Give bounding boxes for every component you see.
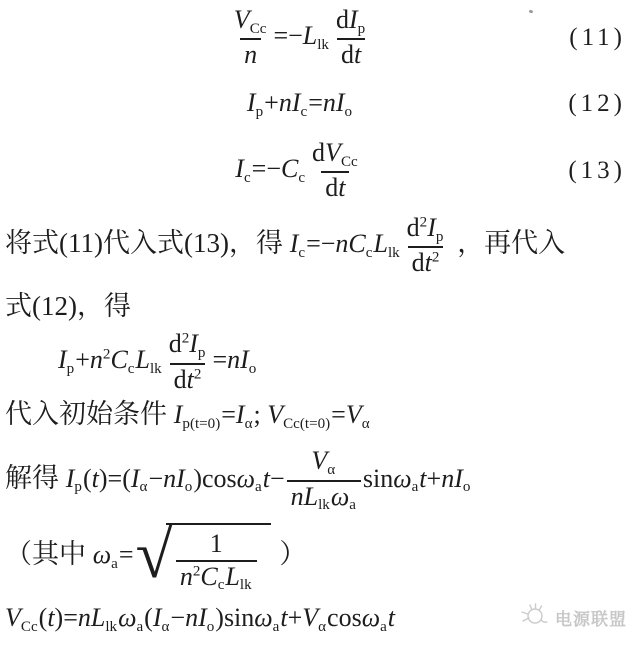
derivation-line-2: 式(12)，得 <box>0 290 640 322</box>
math-variable: L <box>91 603 105 632</box>
equation-content: 代入初始条件 Ip(t=0)=Iα; VCc(t=0)=Vα <box>5 400 371 429</box>
math-subscript: α <box>362 416 370 432</box>
fraction-denominator: n <box>240 38 261 70</box>
math-variable: n <box>180 562 193 591</box>
math-subscript: α <box>140 479 148 495</box>
math-variable: I <box>198 603 207 632</box>
math-subscript: o <box>463 479 471 495</box>
math-roman: ( <box>83 464 92 493</box>
fraction-numerator: dIp <box>332 6 370 38</box>
math-variable: ω <box>331 482 349 511</box>
rooster-logo-icon <box>519 601 549 634</box>
math-roman: ( <box>144 603 153 632</box>
math-variable: t <box>354 40 361 69</box>
square-root: √1n2CcLlk <box>135 520 270 594</box>
math-subscript: c <box>298 170 305 186</box>
math-roman: − <box>148 464 163 493</box>
math-variable: n <box>291 482 304 511</box>
math-roman: d <box>412 248 425 277</box>
math-subscript: p <box>74 479 82 495</box>
math-subscript: lk <box>150 361 162 377</box>
math-variable: t <box>280 603 287 632</box>
math-variable: I <box>176 464 185 493</box>
math-variable: I <box>454 464 463 493</box>
math-subscript: lk <box>317 37 329 53</box>
math-variable: V <box>234 5 250 34</box>
math-roman: d <box>341 40 354 69</box>
math-variable: I <box>240 345 249 374</box>
math-subscript: a <box>136 619 143 635</box>
math-roman: cos <box>327 603 362 632</box>
math-variable: ω <box>362 603 380 632</box>
math-variable: I <box>336 88 345 117</box>
math-roman: ; <box>254 400 268 429</box>
math-variable: V <box>311 446 327 475</box>
math-subscript: a <box>349 497 356 513</box>
math-subscript: p <box>256 104 264 120</box>
math-variable: t <box>338 173 345 202</box>
math-subscript: o <box>249 361 257 377</box>
math-variable: t <box>419 464 426 493</box>
eq-combined: Ip+n2CcLlkd2Ipdt2=nIo <box>0 330 640 394</box>
math-variable: t <box>92 464 99 493</box>
equation-content: Ic=−CcdVCcdt <box>235 154 364 183</box>
math-subscript: lk <box>318 497 330 513</box>
fraction-denominator: dt <box>337 38 365 70</box>
math-roman: = <box>221 400 236 429</box>
math-roman: = <box>308 88 323 117</box>
math-subscript: o <box>345 104 353 120</box>
fraction-numerator: dVCc <box>308 139 363 171</box>
equation-content: 式(12)，得 <box>5 292 131 321</box>
fraction: d2Ipdt2 <box>165 330 211 394</box>
math-variable: I <box>131 464 140 493</box>
eq-12: Ip+nIc=nIo(12) <box>0 87 640 121</box>
math-superscript: 2 <box>194 366 202 382</box>
fraction-denominator: dt <box>321 171 349 203</box>
math-variable: n <box>323 88 336 117</box>
math-variable: n <box>78 603 91 632</box>
text-run: ） <box>273 539 307 569</box>
math-roman: )cos <box>193 464 236 493</box>
math-subscript: a <box>412 479 419 495</box>
text-run: （其中 <box>5 539 93 569</box>
math-roman: )=( <box>99 464 131 493</box>
math-roman: )= <box>55 603 78 632</box>
math-variable: L <box>135 345 149 374</box>
fraction: dIpdt <box>332 6 370 70</box>
math-subscript: c <box>366 245 373 261</box>
math-subscript: p <box>436 229 444 245</box>
math-subscript: p <box>358 21 366 37</box>
math-variable: V <box>325 138 341 167</box>
math-variable: ω <box>93 540 111 569</box>
math-variable: C <box>200 562 217 591</box>
fraction-numerator: d2Ip <box>403 214 449 246</box>
math-roman: d <box>174 365 187 394</box>
math-roman: =− <box>273 21 302 50</box>
math-variable: n <box>227 345 240 374</box>
eq-13: Ic=−CcdVCcdt(13) <box>0 139 640 203</box>
math-subscript: o <box>185 479 193 495</box>
math-variable: C <box>348 229 365 258</box>
math-variable: n <box>163 464 176 493</box>
equation-content: VCcn=−LlkdIpdt <box>228 21 372 50</box>
equation-content: VCc(t)=nLlkωa(Iα−nIo)sinωat+Vαcosωat <box>5 603 395 632</box>
equation-content: （其中 ωa=√1n2CcLlk ） <box>5 540 306 569</box>
math-roman: + <box>264 88 279 117</box>
math-variable: n <box>185 603 198 632</box>
radicand: 1n2CcLlk <box>166 523 271 594</box>
math-variable: L <box>225 562 239 591</box>
math-subscript: a <box>273 619 280 635</box>
math-variable: L <box>303 21 317 50</box>
math-subscript: Cc <box>250 21 267 37</box>
text-run: 式(12)，得 <box>5 291 131 321</box>
eq-11: VCcn=−LlkdIpdt(11) <box>0 6 640 70</box>
math-subscript: α <box>327 462 335 478</box>
math-subscript: α <box>318 619 326 635</box>
equation-number: (12) <box>568 90 626 118</box>
text-run: ，再代入 <box>450 228 565 258</box>
math-subscript: p(t=0) <box>182 416 220 432</box>
equation-content: 解得 Ip(t)=(Iα−nIo)cosωat−VαnLlkωasinωat+n… <box>5 464 471 493</box>
math-variable: ω <box>118 603 136 632</box>
math-variable: I <box>349 5 358 34</box>
math-variable: n <box>244 40 257 69</box>
math-roman: d <box>312 138 325 167</box>
equation-number: (11) <box>569 24 626 52</box>
math-variable: t <box>425 248 432 277</box>
text-run: 代入初始条件 <box>5 399 174 429</box>
math-roman: d <box>169 329 182 358</box>
math-variable: V <box>267 400 283 429</box>
math-subscript: c <box>300 104 307 120</box>
equation-content: Ip+n2CcLlkd2Ipdt2=nIo <box>58 345 257 374</box>
fraction: d2Ipdt2 <box>403 214 449 278</box>
watermark-label: 电源联盟 <box>555 605 627 630</box>
math-roman: − <box>270 464 285 493</box>
math-variable: V <box>346 400 362 429</box>
fraction-denominator: n2CcLlk <box>176 560 257 594</box>
math-roman: = <box>119 540 134 569</box>
math-subscript: p <box>67 361 75 377</box>
math-variable: I <box>247 88 256 117</box>
math-variable: ω <box>393 464 411 493</box>
fraction: VCcn <box>230 6 272 70</box>
math-roman: )sin <box>215 603 254 632</box>
omega-definition: （其中 ωa=√1n2CcLlk ） <box>0 520 640 594</box>
math-variable: ω <box>237 464 255 493</box>
math-variable: n <box>279 88 292 117</box>
fraction-numerator: 1 <box>206 530 227 560</box>
math-roman: =− <box>306 229 335 258</box>
solution-ip: 解得 Ip(t)=(Iα−nIo)cosωat−VαnLlkωasinωat+n… <box>0 447 640 514</box>
math-subscript: α <box>245 416 253 432</box>
derivation-line-1: 将式(11)代入式(13)，得 Ic=−nCcLlkd2Ipdt2 ，再代入 <box>0 214 640 278</box>
fraction-denominator: dt2 <box>408 246 444 278</box>
fraction-numerator: VCc <box>230 6 272 38</box>
math-subscript: Cc <box>21 619 38 635</box>
text-run: 将式(11)代入式(13)，得 <box>5 228 290 258</box>
math-variable: L <box>373 229 387 258</box>
math-subscript: c <box>218 577 225 593</box>
math-variable: I <box>58 345 67 374</box>
math-variable: L <box>304 482 318 511</box>
math-variable: C <box>110 345 127 374</box>
math-roman: d <box>407 213 420 242</box>
fraction-numerator: d2Ip <box>165 330 211 362</box>
math-variable: t <box>187 365 194 394</box>
math-roman: + <box>75 345 90 374</box>
math-subscript: lk <box>240 577 252 593</box>
math-subscript: a <box>111 556 118 572</box>
math-variable: ω <box>254 603 272 632</box>
initial-conditions: 代入初始条件 Ip(t=0)=Iα; VCc(t=0)=Vα <box>0 398 640 433</box>
math-roman: 1 <box>210 529 223 558</box>
math-roman: + <box>427 464 442 493</box>
math-roman: sin <box>363 464 393 493</box>
math-subscript: c <box>244 170 251 186</box>
fraction-denominator: nLlkωa <box>287 480 361 514</box>
math-roman: ( <box>39 603 48 632</box>
fraction-numerator: Vα <box>307 447 340 479</box>
math-variable: I <box>235 154 244 183</box>
fraction: dVCcdt <box>308 139 363 203</box>
math-variable: t <box>47 603 54 632</box>
math-subscript: p <box>198 345 206 361</box>
math-variable: n <box>90 345 103 374</box>
math-subscript: a <box>255 479 262 495</box>
math-subscript: lk <box>388 245 400 261</box>
math-subscript: Cc <box>341 154 358 170</box>
math-variable: I <box>236 400 245 429</box>
math-subscript: c <box>298 245 305 261</box>
math-variable: t <box>388 603 395 632</box>
math-variable: I <box>427 213 436 242</box>
math-subscript: lk <box>105 619 117 635</box>
math-roman: =− <box>252 154 281 183</box>
fraction: VαnLlkωa <box>287 447 361 514</box>
equation-number: (13) <box>568 157 626 185</box>
math-roman: − <box>170 603 185 632</box>
math-variable: V <box>302 603 318 632</box>
math-subscript: a <box>380 619 387 635</box>
math-variable: t <box>263 464 270 493</box>
math-variable: n <box>335 229 348 258</box>
fraction: 1n2CcLlk <box>176 530 257 594</box>
math-superscript: 2 <box>432 250 440 266</box>
equation-content: Ip+nIc=nIo <box>247 88 353 117</box>
math-variable: C <box>281 154 298 183</box>
math-roman: = <box>331 400 346 429</box>
equation-content: 将式(11)代入式(13)，得 Ic=−nCcLlkd2Ipdt2 ，再代入 <box>5 229 565 258</box>
math-roman: d <box>325 173 338 202</box>
math-roman: = <box>212 345 227 374</box>
math-subscript: Cc(t=0) <box>283 416 330 432</box>
fraction-denominator: dt2 <box>170 363 206 395</box>
math-roman: + <box>288 603 303 632</box>
math-variable: n <box>441 464 454 493</box>
text-run: 解得 <box>5 463 66 493</box>
content: VCcn=−LlkdIpdt(11)Ip+nIc=nIo(12)Ic=−CcdV… <box>0 6 640 645</box>
math-subscript: α <box>161 619 169 635</box>
watermark: 电源联盟 <box>519 601 627 634</box>
math-variable: V <box>5 603 21 632</box>
math-variable: I <box>189 329 198 358</box>
math-subscript: c <box>128 361 135 377</box>
math-roman: d <box>336 5 349 34</box>
math-subscript: o <box>207 619 215 635</box>
